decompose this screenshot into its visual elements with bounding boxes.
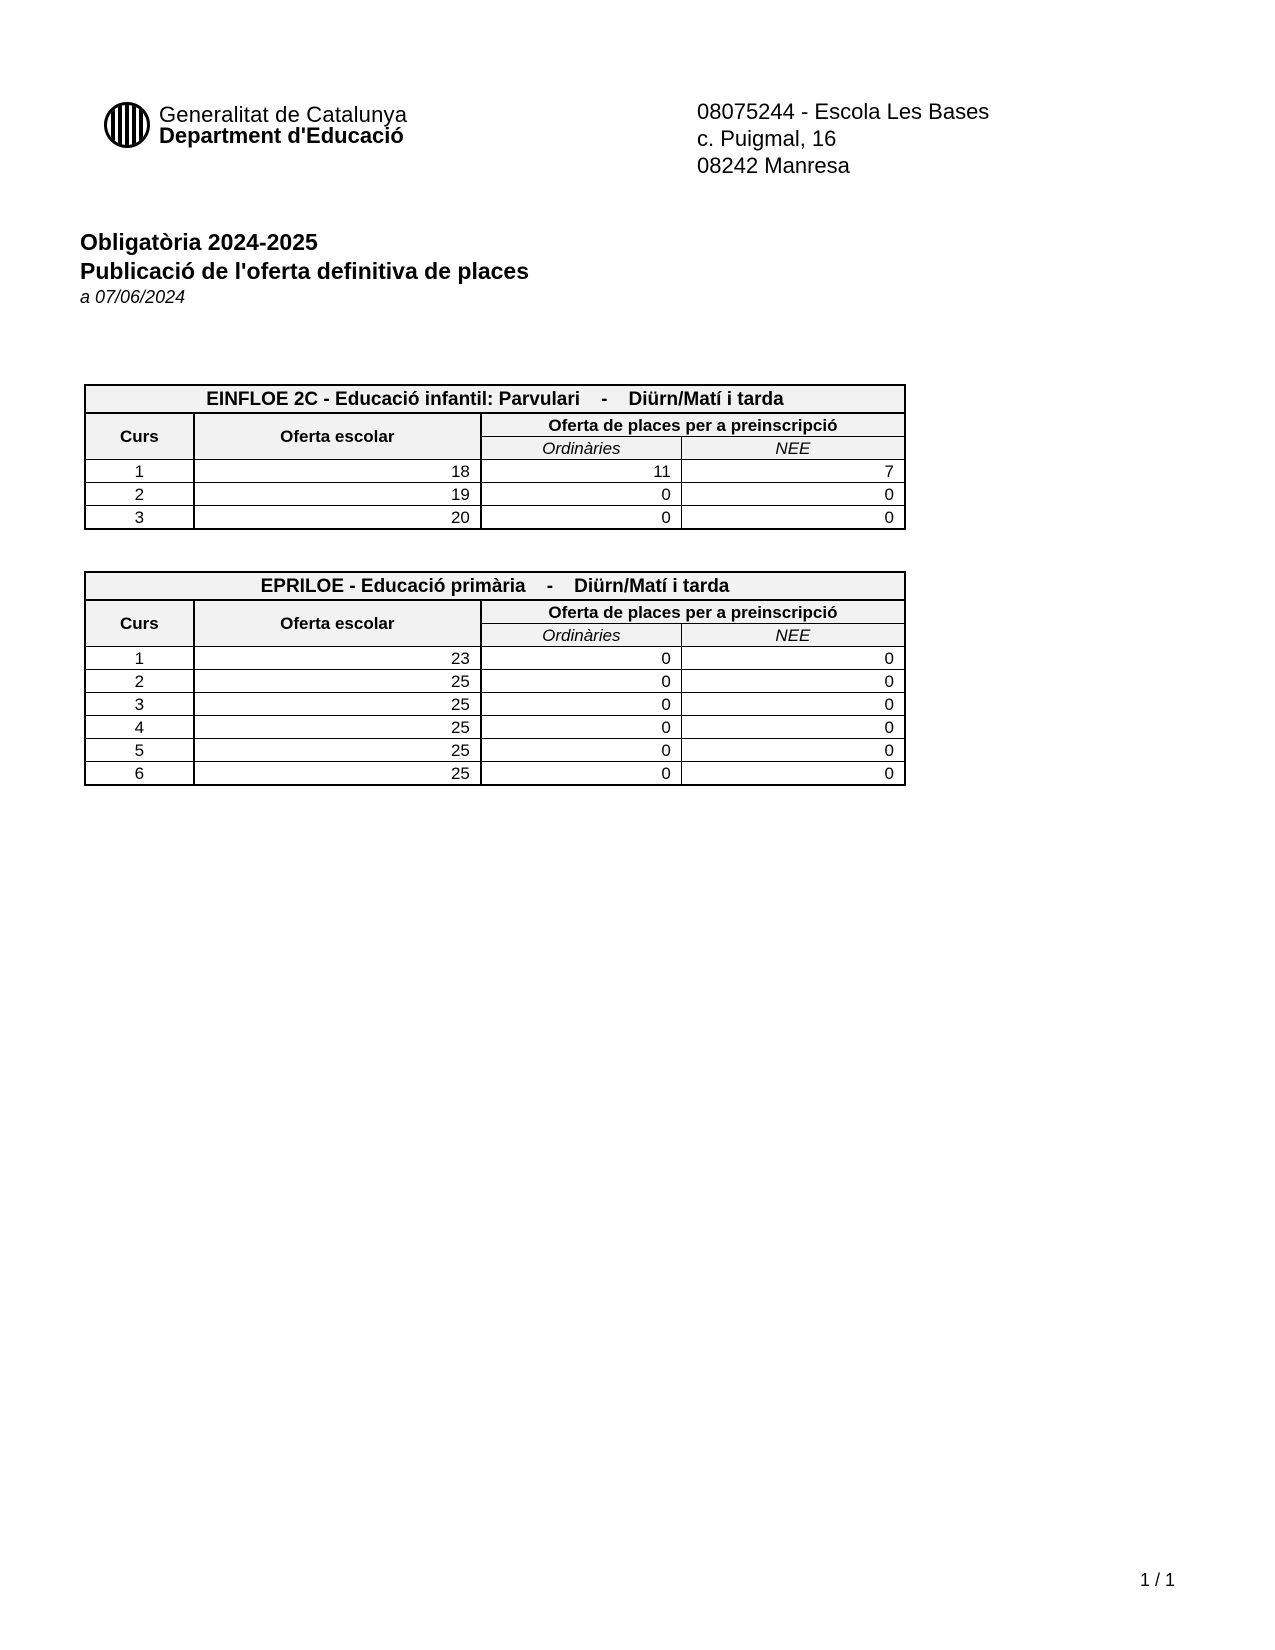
header-ordinaries: Ordinàries — [481, 624, 681, 647]
table-row: 52500 — [85, 739, 905, 762]
school-city: 08242 Manresa — [697, 152, 989, 179]
cell-nee: 0 — [681, 506, 905, 530]
cell-curs: 6 — [85, 762, 194, 786]
cell-ordinaries: 0 — [481, 716, 681, 739]
cell-nee: 7 — [681, 460, 905, 483]
logo-line-generalitat: Generalitat de Catalunya — [159, 104, 407, 125]
cell-oferta: 19 — [194, 483, 481, 506]
school-code-name: 08075244 - Escola Les Bases — [697, 98, 989, 125]
cell-ordinaries: 0 — [481, 483, 681, 506]
cell-curs: 2 — [85, 670, 194, 693]
table-row: 32500 — [85, 693, 905, 716]
cell-nee: 0 — [681, 647, 905, 670]
table-row: 32000 — [85, 506, 905, 530]
document-titles: Obligatòria 2024-2025 Publicació de l'of… — [80, 228, 529, 308]
table-row: 42500 — [85, 716, 905, 739]
cell-oferta: 25 — [194, 739, 481, 762]
page-number: 1 / 1 — [1140, 1570, 1175, 1591]
table-row: 118117 — [85, 460, 905, 483]
cell-nee: 0 — [681, 739, 905, 762]
cell-oferta: 23 — [194, 647, 481, 670]
cell-curs: 2 — [85, 483, 194, 506]
cell-oferta: 25 — [194, 762, 481, 786]
document-subtitle: Publicació de l'oferta definitiva de pla… — [80, 257, 529, 286]
cell-nee: 0 — [681, 716, 905, 739]
cell-ordinaries: 0 — [481, 647, 681, 670]
cell-curs: 5 — [85, 739, 194, 762]
header-oferta-escolar: Oferta escolar — [194, 600, 481, 647]
header-nee: NEE — [681, 437, 905, 460]
cell-oferta: 25 — [194, 693, 481, 716]
cell-nee: 0 — [681, 483, 905, 506]
cell-oferta: 20 — [194, 506, 481, 530]
header-oferta-escolar: Oferta escolar — [194, 413, 481, 460]
school-street: c. Puigmal, 16 — [697, 125, 989, 152]
cell-curs: 3 — [85, 693, 194, 716]
table-caption: EPRILOE - Educació primària - Diürn/Matí… — [85, 572, 905, 600]
table-row: 21900 — [85, 483, 905, 506]
school-info: 08075244 - Escola Les Bases c. Puigmal, … — [697, 98, 989, 179]
cell-oferta: 25 — [194, 716, 481, 739]
table-row: 12300 — [85, 647, 905, 670]
table-caption: EINFLOE 2C - Educació infantil: Parvular… — [85, 385, 905, 413]
cell-ordinaries: 11 — [481, 460, 681, 483]
generalitat-emblem-icon — [104, 102, 150, 148]
table-row: 22500 — [85, 670, 905, 693]
header-preinscripcio: Oferta de places per a preinscripció — [481, 413, 905, 437]
cell-ordinaries: 0 — [481, 739, 681, 762]
cell-ordinaries: 0 — [481, 693, 681, 716]
header-curs: Curs — [85, 413, 194, 460]
header-ordinaries: Ordinàries — [481, 437, 681, 460]
publication-date: a 07/06/2024 — [80, 286, 529, 308]
header-nee: NEE — [681, 624, 905, 647]
cell-nee: 0 — [681, 762, 905, 786]
cell-curs: 1 — [85, 460, 194, 483]
cell-curs: 4 — [85, 716, 194, 739]
cell-ordinaries: 0 — [481, 670, 681, 693]
document-title: Obligatòria 2024-2025 — [80, 228, 529, 257]
offer-table-infantil: EINFLOE 2C - Educació infantil: Parvular… — [84, 384, 906, 530]
offer-table-primaria: EPRILOE - Educació primària - Diürn/Matí… — [84, 571, 906, 786]
generalitat-logo: Generalitat de Catalunya Department d'Ed… — [104, 102, 407, 148]
cell-nee: 0 — [681, 670, 905, 693]
cell-curs: 1 — [85, 647, 194, 670]
cell-oferta: 25 — [194, 670, 481, 693]
cell-nee: 0 — [681, 693, 905, 716]
cell-oferta: 18 — [194, 460, 481, 483]
header-curs: Curs — [85, 600, 194, 647]
cell-curs: 3 — [85, 506, 194, 530]
header-preinscripcio: Oferta de places per a preinscripció — [481, 600, 905, 624]
cell-ordinaries: 0 — [481, 506, 681, 530]
logo-line-department: Department d'Educació — [159, 125, 407, 146]
table-row: 62500 — [85, 762, 905, 786]
cell-ordinaries: 0 — [481, 762, 681, 786]
